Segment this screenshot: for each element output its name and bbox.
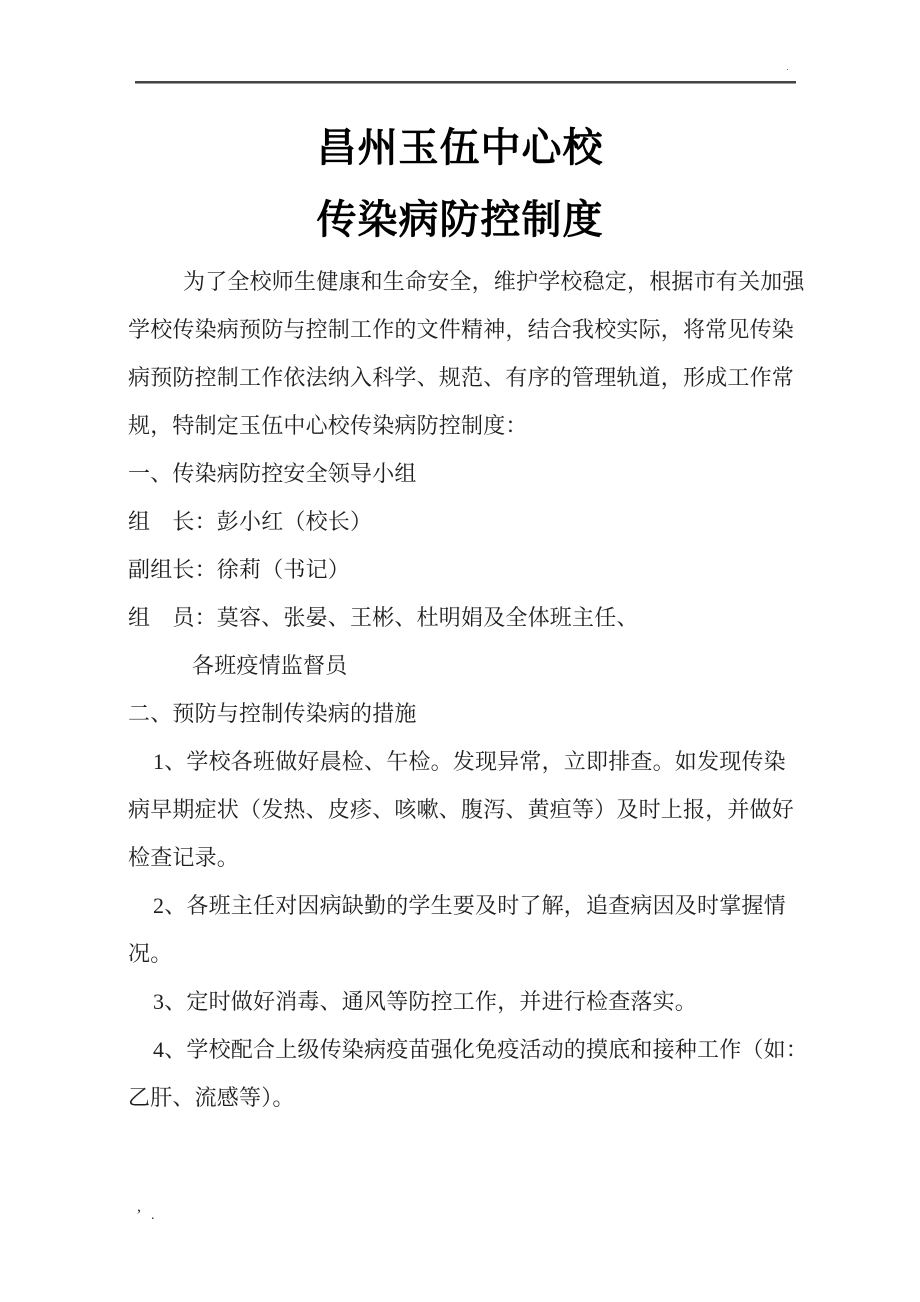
section1-heading: 一、传染病防控安全领导小组 [128, 450, 812, 498]
section2-heading: 二、预防与控制传染病的措施 [128, 690, 812, 738]
leader-line: 组 长：彭小红（校长） [128, 498, 812, 546]
measure-item-4-line-1: 4、学校配合上级传染病疫苗强化免疫活动的摸底和接种工作（如： [128, 1026, 812, 1074]
document-page: · 昌州玉伍中心校 传染病防控制度 为了全校师生健康和生命安全，维护学校稳定，根… [0, 0, 920, 1302]
measure-item-3: 3、定时做好消毒、通风等防控工作，并进行检查落实。 [128, 978, 812, 1026]
page-title-line2: 传染病防控制度 [126, 184, 794, 256]
section2-measures: 二、预防与控制传染病的措施 1、学校各班做好晨检、午检。发现异常，立即排查。如发… [128, 690, 812, 1122]
intro-line-3: 病预防控制工作依法纳入科学、规范、有序的管理轨道，形成工作常 [128, 354, 812, 402]
header-corner-mark: · [786, 65, 789, 74]
measure-item-4-line-2: 乙肝、流感等）。 [128, 1074, 812, 1122]
members-continuation-line: 各班疫情监督员 [128, 642, 812, 690]
measure-item-4: 4、学校配合上级传染病疫苗强化免疫活动的摸底和接种工作（如： 乙肝、流感等）。 [128, 1026, 812, 1122]
measure-item-1-line-2: 病早期症状（发热、皮疹、咳嗽、腹泻、黄疸等）及时上报，并做好 [128, 786, 812, 834]
measure-item-1-line-3: 检查记录。 [128, 834, 812, 882]
document-body: 为了全校师生健康和生命安全，维护学校稳定，根据市有关加强 学校传染病预防与控制工… [128, 258, 812, 1122]
intro-line-4: 规，特制定玉伍中心校传染病防控制度： [128, 402, 812, 450]
page-title-line1: 昌州玉伍中心校 [126, 112, 794, 184]
intro-line-2: 学校传染病预防与控制工作的文件精神，结合我校实际，将常见传染 [128, 306, 812, 354]
members-line: 组 员：莫容、张晏、王彬、杜明娟及全体班主任、 [128, 594, 812, 642]
measure-item-3-line-1: 3、定时做好消毒、通风等防控工作，并进行检查落实。 [128, 978, 812, 1026]
measure-item-2-line-1: 2、各班主任对因病缺勤的学生要及时了解，追查病因及时掌握情 [128, 882, 812, 930]
stray-period-mark: . [151, 1209, 155, 1223]
measure-item-2: 2、各班主任对因病缺勤的学生要及时了解，追查病因及时掌握情 况。 [128, 882, 812, 978]
measure-item-1-line-1: 1、学校各班做好晨检、午检。发现异常，立即排查。如发现传染 [128, 738, 812, 786]
measure-item-1: 1、学校各班做好晨检、午检。发现异常，立即排查。如发现传染 病早期症状（发热、皮… [128, 738, 812, 882]
deputy-leader-line: 副组长：徐莉（书记） [128, 546, 812, 594]
section1-leadership-group: 一、传染病防控安全领导小组 组 长：彭小红（校长） 副组长：徐莉（书记） 组 员… [128, 450, 812, 690]
intro-paragraph: 为了全校师生健康和生命安全，维护学校稳定，根据市有关加强 学校传染病预防与控制工… [128, 258, 812, 450]
measure-item-2-line-2: 况。 [128, 930, 812, 978]
stray-comma-mark: , [137, 1199, 141, 1215]
header-rule [135, 81, 796, 84]
document-title: 昌州玉伍中心校 传染病防控制度 [126, 112, 794, 256]
intro-line-1: 为了全校师生健康和生命安全，维护学校稳定，根据市有关加强 [128, 258, 812, 306]
